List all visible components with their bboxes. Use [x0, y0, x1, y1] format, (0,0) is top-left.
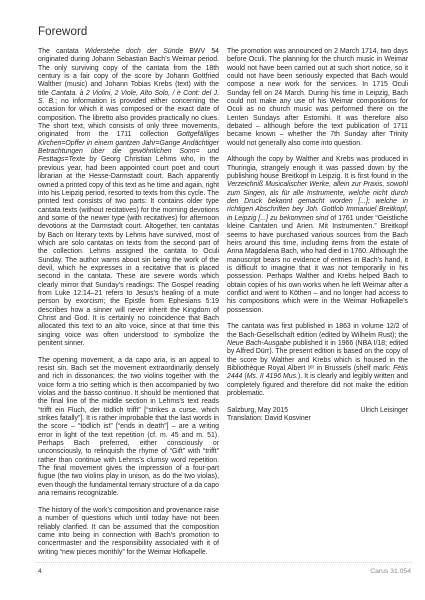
text-run: by Georg Christian Lehms who, in the pre…	[38, 156, 219, 347]
page-footer: 4 Carus 31.054	[38, 568, 411, 575]
paragraph: The cantata was first published in 1863 …	[227, 323, 408, 398]
text-run: The cantata	[38, 48, 85, 55]
foreword-page: Foreword The cantata Widerstehe doch der…	[0, 0, 425, 600]
page-number: 4	[38, 568, 42, 575]
italic-text-run: Neue Bach-Ausgabe	[227, 340, 291, 347]
column-left: The cantata Widerstehe doch der Sünde BW…	[38, 48, 219, 565]
column-right-paragraphs: The promotion was announced on 2 March 1…	[227, 48, 408, 398]
two-column-text: The cantata Widerstehe doch der Sünde BW…	[38, 48, 408, 565]
footer-divider	[35, 562, 412, 563]
italic-text-run: Ms. II 4196 Mus.	[247, 373, 298, 380]
column-right: The promotion was announced on 2 March 1…	[227, 48, 408, 565]
page-title: Foreword	[38, 26, 87, 38]
edition-number: Carus 31.054	[370, 568, 411, 575]
text-run: The history of the work’s composition an…	[38, 507, 219, 556]
signature-author: Ulrich Leisinger	[361, 407, 408, 415]
text-run: Although the copy by Walther and Krebs w…	[227, 156, 408, 180]
signature-row: Salzburg, May 2015 Ulrich Leisinger	[227, 407, 408, 415]
paragraph: The promotion was announced on 2 March 1…	[227, 48, 408, 148]
text-run: The cantata was first published in 1863 …	[227, 323, 408, 338]
paragraph: Although the copy by Walther and Krebs w…	[227, 156, 408, 315]
italic-text-run: Widerstehe doch der Sünde	[85, 48, 183, 55]
paragraph: The history of the work’s composition an…	[38, 507, 219, 557]
signature-block: Salzburg, May 2015 Ulrich Leisinger Tran…	[227, 407, 408, 424]
text-run: The promotion was announced on 2 March 1…	[227, 48, 408, 147]
text-run: of 1761 under “Geistliche kleine Cantate…	[227, 215, 408, 314]
text-run: The opening movement, a da capo aria, is…	[38, 357, 219, 498]
paragraph: The cantata Widerstehe doch der Sünde BW…	[38, 48, 219, 348]
signature-translation: Translation: David Kosviner	[227, 415, 408, 423]
paragraph: The opening movement, a da capo aria, is…	[38, 357, 219, 499]
signature-place-date: Salzburg, May 2015	[227, 407, 288, 415]
